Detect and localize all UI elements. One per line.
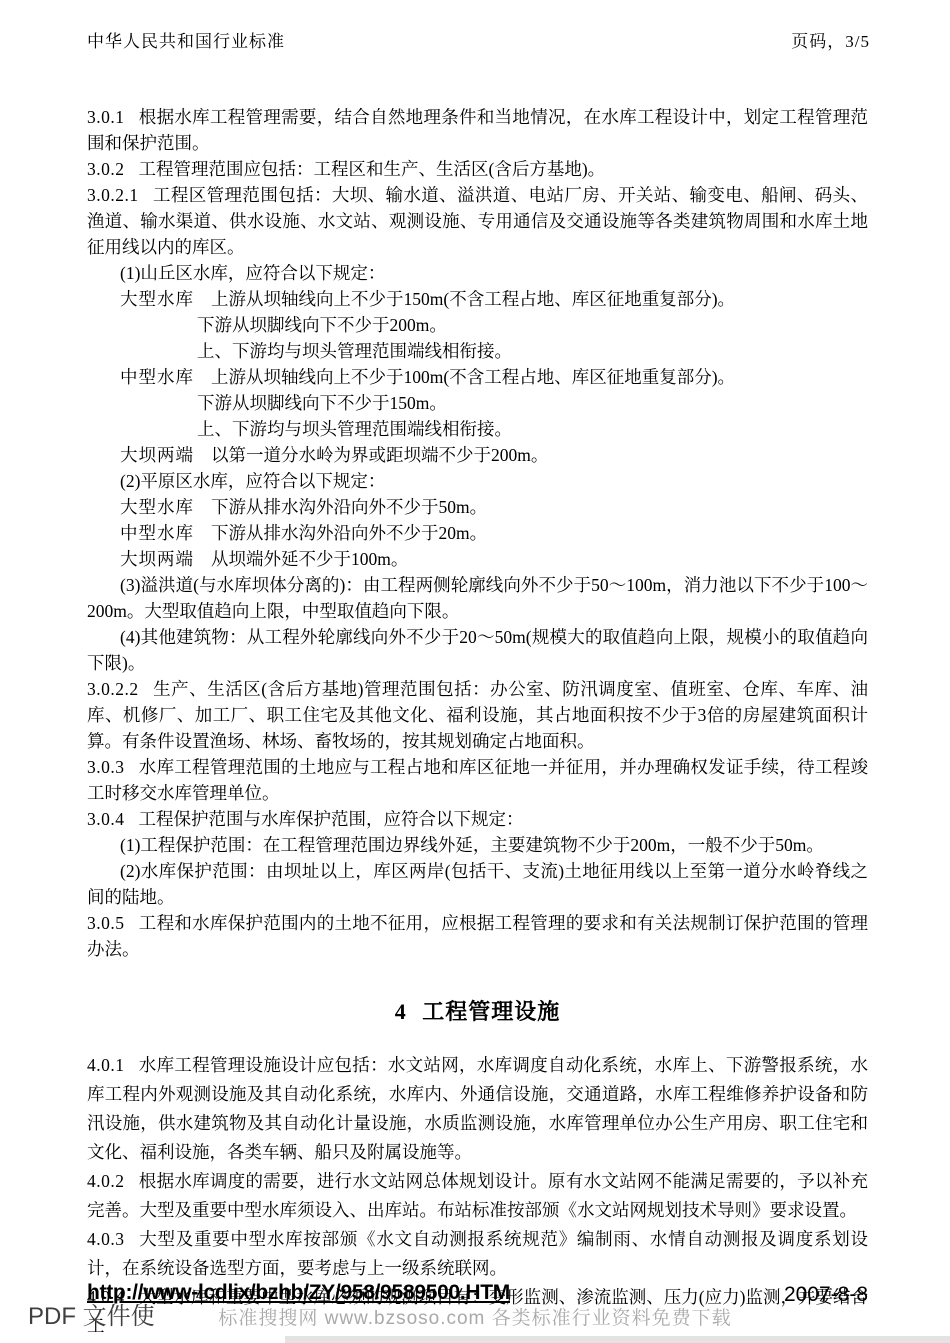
clause-number: 3.0.2: [87, 156, 125, 182]
clause-number: 3.0.4: [87, 806, 125, 832]
clause-text: 生产、生活区(含后方基地)管理范围包括：办公室、防汛调度室、值班室、仓库、车库、…: [87, 679, 868, 751]
clause-number: 3.0.1: [87, 104, 125, 130]
clause-text: (4)其他建筑物：从工程外轮廓线向外不少于20～50m(规模大的取值趋向上限，规…: [87, 627, 868, 673]
clause-text: (1)山丘区水库，应符合以下规定：: [120, 263, 385, 283]
clause-number: 4.0.3: [87, 1225, 125, 1254]
item-label: 大坝两端: [120, 546, 194, 572]
clause-text: 下游从排水沟外沿向外不少于20m。: [211, 523, 487, 543]
clause-text: 下游从坝脚线向下不少于150m。: [197, 393, 447, 413]
clause-text: 上游从坝轴线向上不少于100m(不含工程占地、库区征地重复部分)。: [211, 367, 735, 387]
clause-line: 中型水库下游从排水沟外沿向外不少于20m。: [120, 520, 868, 546]
clause-line: 大坝两端以第一道分水岭为界或距坝端不少于200m。: [120, 442, 868, 468]
clause-number: 4.0.2: [87, 1167, 125, 1196]
item-label: 大型水库: [120, 286, 194, 312]
clause-text: 根据水库调度的需要，进行水文站网总体规划设计。原有水文站网不能满足需要的，予以补…: [87, 1171, 868, 1220]
clause-text: 工程管理范围应包括：工程区和生产、生活区(含后方基地)。: [139, 159, 606, 179]
clause-text: 下游从坝脚线向下不少于200m。: [197, 315, 447, 335]
clause-3.0.5: 3.0.5工程和水库保护范围内的土地不征用，应根据工程管理的要求和有关法规制订保…: [87, 910, 868, 962]
clause-line: (1)工程保护范围：在工程管理范围边界线外延，主要建筑物不少于200m，一般不少…: [87, 832, 868, 858]
clause-3.0.1: 3.0.1根据水库工程管理需要，结合自然地理条件和当地情况，在水库工程设计中，划…: [87, 104, 868, 156]
clause-3.0.2.1: 3.0.2.1工程区管理范围包括：大坝、输水道、溢洪道、电站厂房、开关站、输变电…: [87, 182, 868, 260]
clause-text: (2)平原区水库，应符合以下规定：: [120, 471, 385, 491]
clause-text: 根据水库工程管理需要，结合自然地理条件和当地情况，在水库工程设计中，划定工程管理…: [87, 107, 868, 153]
item-label: 中型水库: [120, 364, 194, 390]
document-page: 中华人民共和国行业标准 页码，3/5 3.0.1根据水库工程管理需要，结合自然地…: [0, 0, 950, 1343]
clause-number: 4.0.1: [87, 1051, 125, 1080]
clause-number: 3.0.5: [87, 910, 125, 936]
clause-text: 上、下游均与坝头管理范围端线相衔接。: [197, 341, 512, 361]
clause-number: 3.0.2.2: [87, 676, 139, 702]
header-standard-title: 中华人民共和国行业标准: [87, 27, 285, 52]
clause-text: 上、下游均与坝头管理范围端线相衔接。: [197, 419, 512, 439]
clause-line: 上、下游均与坝头管理范围端线相衔接。: [197, 416, 868, 442]
clause-text: 工程和水库保护范围内的土地不征用，应根据工程管理的要求和有关法规制订保护范围的管…: [87, 913, 868, 959]
clause-text: 下游从排水沟外沿向外不少于50m。: [211, 497, 487, 517]
clause-text: 从坝端外延不少于100m。: [211, 549, 408, 569]
clause-text: (3)溢洪道(与水库坝体分离的)：由工程两侧轮廓线向外不少于50～100m，消力…: [87, 575, 868, 621]
clause-3.0.4: 3.0.4工程保护范围与水库保护范围，应符合以下规定：: [87, 806, 868, 832]
clause-3.0.2.2: 3.0.2.2生产、生活区(含后方基地)管理范围包括：办公室、防汛调度室、值班室…: [87, 676, 868, 754]
clause-line: (3)溢洪道(与水库坝体分离的)：由工程两侧轮廓线向外不少于50～100m，消力…: [87, 572, 868, 624]
clause-line: 上、下游均与坝头管理范围端线相衔接。: [197, 338, 868, 364]
clause-line: 大型水库上游从坝轴线向上不少于150m(不含工程占地、库区征地重复部分)。: [120, 286, 868, 312]
clause-4.0.3: 4.0.3大型及重要中型水库按部颁《水文自动测报系统规范》编制雨、水情自动测报及…: [87, 1225, 868, 1283]
clause-text: (2)水库保护范围：由坝址以上，库区两岸(包括干、支流)土地征用线以上至第一道分…: [87, 861, 868, 907]
clause-text: 大型及重要中型水库按部颁《水文自动测报系统规范》编制雨、水情自动测报及调度系划设…: [87, 1229, 868, 1278]
clause-text: 工程保护范围与水库保护范围，应符合以下规定：: [139, 809, 524, 829]
clause-text: 工程区管理范围包括：大坝、输水道、溢洪道、电站厂房、开关站、输变电、船闸、码头、…: [87, 185, 868, 257]
header-page-number: 页码，3/5: [791, 27, 870, 52]
clause-3.0.3: 3.0.3水库工程管理范围的土地应与工程占地和库区征地一并征用，并办理确权发证手…: [87, 754, 868, 806]
clause-3.0.2: 3.0.2工程管理范围应包括：工程区和生产、生活区(含后方基地)。: [87, 156, 868, 182]
clause-4.0.2: 4.0.2根据水库调度的需要，进行水文站网总体规划设计。原有水文站网不能满足需要…: [87, 1167, 868, 1225]
bzsoso-watermark: 标准搜搜网 www.bzsoso.com 各类标准行业资料免费下载: [0, 1303, 950, 1330]
clause-line: 大型水库下游从排水沟外沿向外不少于50m。: [120, 494, 868, 520]
clause-line: (4)其他建筑物：从工程外轮廓线向外不少于20～50m(规模大的取值趋向上限，规…: [87, 624, 868, 676]
clause-number: 3.0.3: [87, 754, 125, 780]
clause-line: (2)水库保护范围：由坝址以上，库区两岸(包括干、支流)土地征用线以上至第一道分…: [87, 858, 868, 910]
bottom-strip-decoration: [285, 1336, 950, 1343]
clause-line: 大坝两端从坝端外延不少于100m。: [120, 546, 868, 572]
item-label: 中型水库: [120, 520, 194, 546]
clause-number: 4: [395, 999, 407, 1025]
clause-text: 以第一道分水岭为界或距坝端不少于200m。: [211, 445, 548, 465]
clause-number: 3.0.2.1: [87, 182, 139, 208]
document-body: 3.0.1根据水库工程管理需要，结合自然地理条件和当地情况，在水库工程设计中，划…: [87, 104, 868, 1341]
clause-text: 工程管理设施: [422, 999, 560, 1024]
clause-line: (1)山丘区水库，应符合以下规定：: [87, 260, 868, 286]
chapter-heading: 4工程管理设施: [87, 999, 868, 1025]
clause-4.0.1: 4.0.1水库工程管理设施设计应包括：水文站网，水库调度自动化系统，水库上、下游…: [87, 1051, 868, 1167]
page-header: 中华人民共和国行业标准 页码，3/5: [87, 27, 870, 52]
item-label: 大坝两端: [120, 442, 194, 468]
clause-line: (2)平原区水库，应符合以下规定：: [87, 468, 868, 494]
clause-text: 水库工程管理设施设计应包括：水文站网，水库调度自动化系统，水库上、下游警报系统，…: [87, 1055, 868, 1162]
clause-text: 上游从坝轴线向上不少于150m(不含工程占地、库区征地重复部分)。: [211, 289, 735, 309]
item-label: 大型水库: [120, 494, 194, 520]
clause-text: 水库工程管理范围的土地应与工程占地和库区征地一并征用，并办理确权发证手续，待工程…: [87, 757, 868, 803]
clause-line: 中型水库上游从坝轴线向上不少于100m(不含工程占地、库区征地重复部分)。: [120, 364, 868, 390]
clause-line: 下游从坝脚线向下不少于150m。: [197, 390, 868, 416]
clause-line: 下游从坝脚线向下不少于200m。: [197, 312, 868, 338]
clause-text: (1)工程保护范围：在工程管理范围边界线外延，主要建筑物不少于200m，一般不少…: [120, 835, 824, 855]
